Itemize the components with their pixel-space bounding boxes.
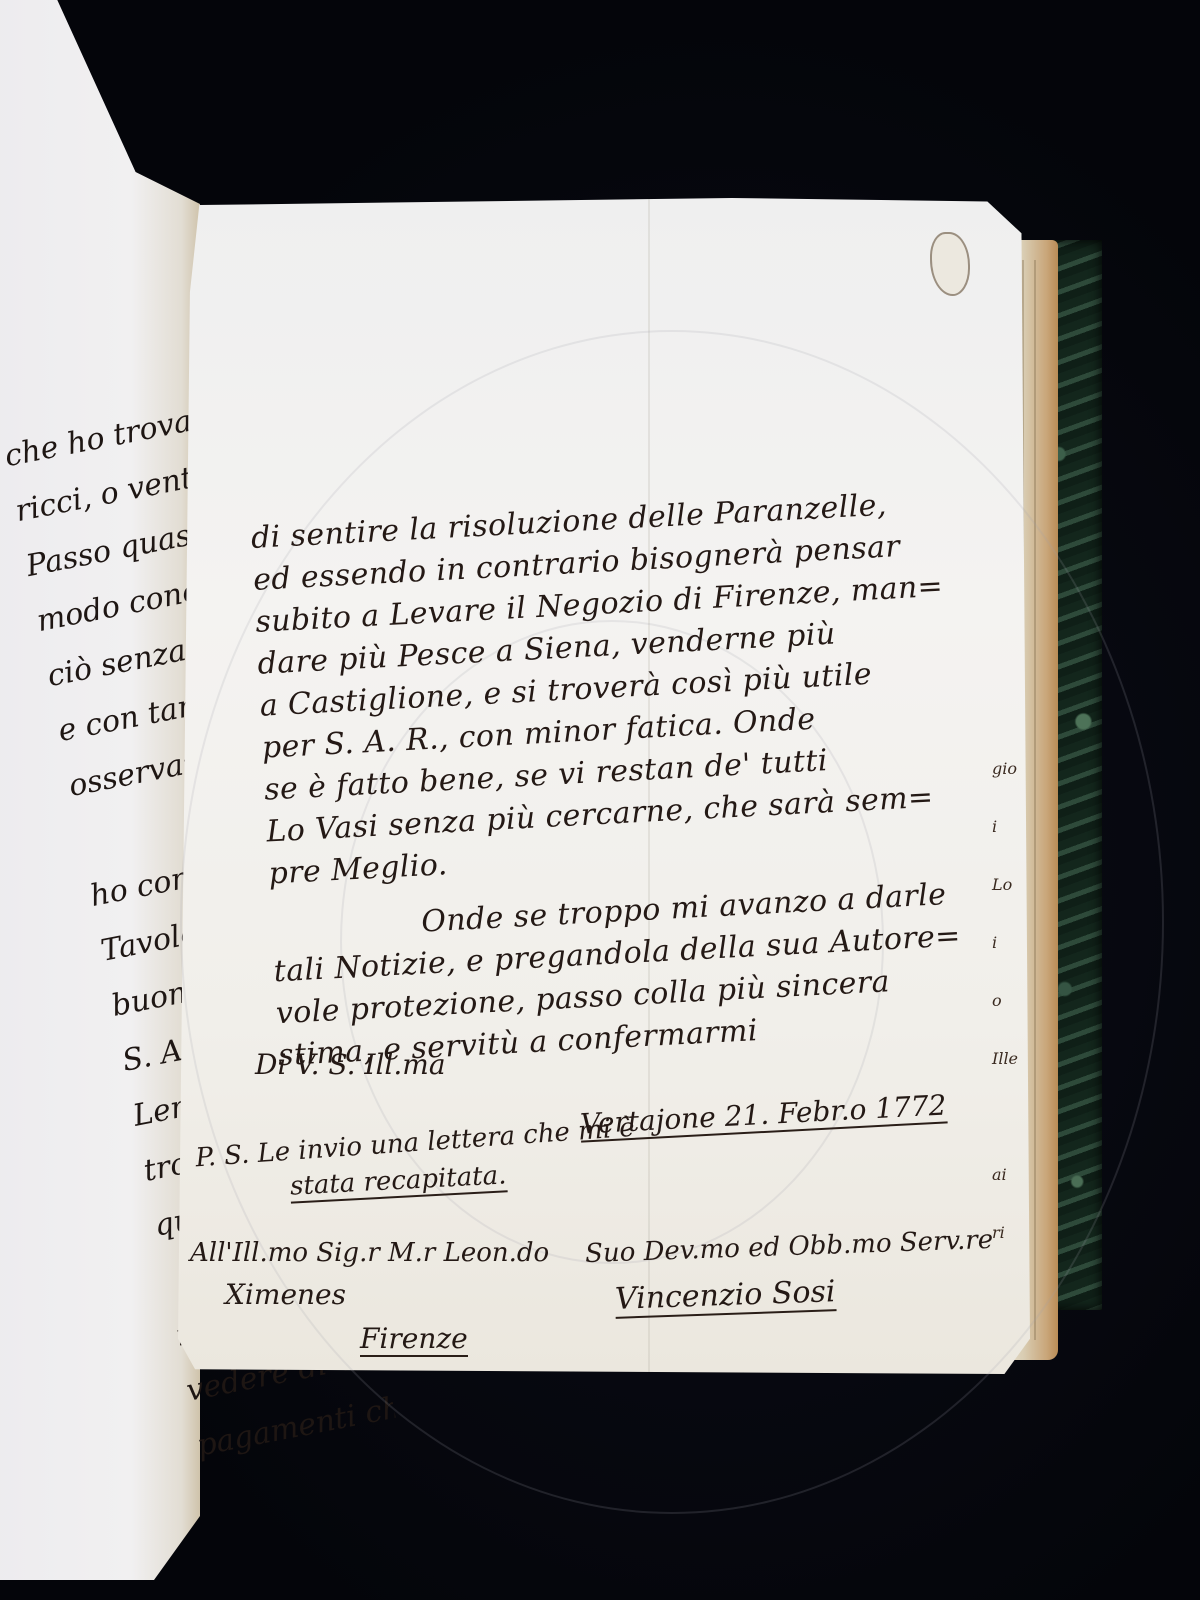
margin-mark bbox=[992, 1088, 1032, 1146]
signature-name: Vincenzio Sosi bbox=[614, 1274, 836, 1319]
margin-mark: o bbox=[992, 972, 1032, 1030]
letter-body: di sentire la risoluzione delle Paranzel… bbox=[250, 479, 1028, 1077]
salutation: Di V. S. Ill.ma bbox=[255, 1048, 446, 1081]
margin-mark: ri bbox=[992, 1204, 1032, 1262]
margin-mark: Ille bbox=[992, 1030, 1032, 1088]
margin-mark: ai bbox=[992, 1146, 1032, 1204]
margin-mark: i bbox=[992, 914, 1032, 972]
addressee-city: Firenze bbox=[360, 1322, 468, 1357]
margin-mark: i bbox=[992, 798, 1032, 856]
addressee-name: Ximenes bbox=[225, 1278, 346, 1311]
margin-mark: gio bbox=[992, 740, 1032, 798]
right-margin-marks: gio i Lo i o Ille ai ri bbox=[992, 740, 1032, 1262]
page-edge-line bbox=[1034, 260, 1036, 1340]
margin-mark: Lo bbox=[992, 856, 1032, 914]
addressee-title: All'Ill.mo Sig.r M.r Leon.do bbox=[190, 1238, 549, 1268]
